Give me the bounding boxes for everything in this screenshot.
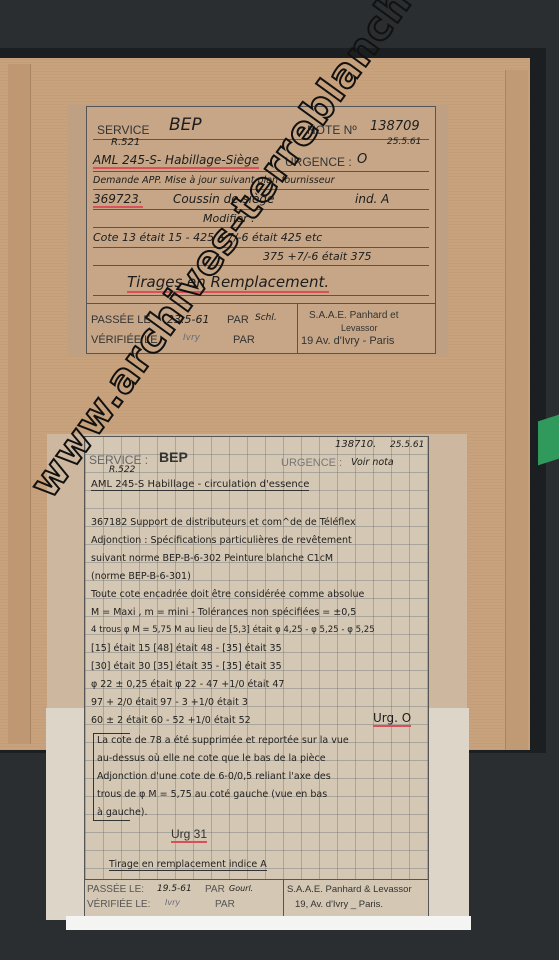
line-text: Adjonction : Spécifications particulière… xyxy=(91,535,352,546)
tirage-text: Tirages en Remplacement. xyxy=(127,273,329,293)
urgency-31-mark: Urg 31 xyxy=(171,827,207,843)
line-text: 60 ± 2 était 60 - 52 +1/0 était 52 xyxy=(91,715,251,726)
line-text: (norme BEP-B-6-301) xyxy=(91,571,191,582)
line-text: [30] était 30 [35] était 35 - [35] était… xyxy=(91,661,282,672)
passee-label-2: PASSÉE LE: xyxy=(87,884,144,895)
page-edge xyxy=(505,70,528,750)
line-text: M = Maxi , m = mini - Tolérances non spé… xyxy=(91,607,356,618)
tirage-row: Tirages en Remplacement. xyxy=(93,267,429,296)
urgence-value: O xyxy=(357,152,367,167)
note-card-1: SERVICE BEP NOTE Nº 138709 R.521 25.5.61… xyxy=(86,106,436,354)
part-code: 369723. xyxy=(93,192,143,208)
nota-line: Adjonction d'une cote de 6-0/0,5 reliant… xyxy=(97,771,331,782)
nota-line: La cote de 78 a été supprimée et reporté… xyxy=(97,735,349,746)
part-name: Coussin de siège xyxy=(173,192,274,206)
line-text: [15] était 15 [48] était 48 - [35] était… xyxy=(91,643,282,654)
footer-divider xyxy=(297,304,298,354)
par2-label: PAR xyxy=(233,334,255,346)
note-card-2: SERVICE : BEP R.522 138710. 25.5.61 URGE… xyxy=(84,436,429,916)
service-ref-2: R.522 xyxy=(109,465,135,475)
white-paper-strip xyxy=(66,916,471,930)
company-line-2: Levassor xyxy=(341,323,378,333)
urgence-label-2: URGENCE : xyxy=(281,457,342,469)
note-number: 138709 xyxy=(370,119,420,134)
part-index: ind. A xyxy=(355,192,389,206)
company-line-1-2: S.A.A.E. Panhard & Levassor xyxy=(287,884,412,895)
passee-date: 23.5-61 xyxy=(167,313,209,326)
par-signature: Schl. xyxy=(255,313,277,323)
line-text: 367182 Support de distributeurs et com^d… xyxy=(91,517,356,528)
nota-line: à gauche). xyxy=(97,807,148,818)
subject-row: AML 245-S- Habillage-Siège URGENCE : O xyxy=(93,151,429,172)
nota-line: trous de φ M = 5,75 au coté gauche (vue … xyxy=(97,789,327,800)
note-date: 25.5.61 xyxy=(387,137,421,147)
service-value-2: BEP xyxy=(159,449,188,465)
note-label: NOTE Nº xyxy=(307,123,357,137)
modify-text: Modifier : xyxy=(203,212,255,225)
urgency-0-mark: Urg. O xyxy=(373,711,411,727)
dimension-row-1: Cote 13 était 15 - 425 +7/-6 était 425 e… xyxy=(93,229,429,248)
line-text: 97 + 2/0 était 97 - 3 +1/0 était 3 xyxy=(91,697,248,708)
note-date-2: 25.5.61 xyxy=(390,440,424,450)
page-gutter xyxy=(8,64,31,744)
footer-divider-2 xyxy=(283,880,284,916)
urgence-value-2: Voir nota xyxy=(351,457,394,468)
nota-line: au-dessus où elle ne cote que le bas de … xyxy=(97,753,326,764)
verifiee-label: VÉRIFIÉE LE xyxy=(91,334,158,346)
line-text: Toute cote encadrée doit être considérée… xyxy=(91,589,364,600)
tirage-text-2: Tirage en remplacement indice A xyxy=(109,859,267,871)
dimension-text-2: 375 +7/-6 était 375 xyxy=(263,250,372,263)
service-row: SERVICE BEP NOTE Nº 138709 xyxy=(93,117,429,140)
passee-label: PASSÉE LE xyxy=(91,314,151,326)
par-label-2: PAR xyxy=(205,884,225,895)
line-text: 4 trous φ M = 5,75 M au lieu de [5,3] ét… xyxy=(91,625,375,635)
verifiee-label-2: VÉRIFIÉE LE: xyxy=(87,899,150,910)
par-signature-2: Gourl. xyxy=(229,884,253,893)
note-number-2: 138710. xyxy=(335,439,376,450)
green-tab xyxy=(538,415,559,466)
passee-date-2: 19.5-61 xyxy=(157,884,192,894)
par2-label-2: PAR xyxy=(215,899,235,910)
line-text: suivant norme BEP-B-6-302 Peinture blanc… xyxy=(91,553,333,564)
par-label: PAR xyxy=(227,314,249,326)
line-text: φ 22 ± 0,25 était φ 22 - 47 +1/0 était 4… xyxy=(91,679,284,690)
note-footer-2: PASSÉE LE: 19.5-61 PAR Gourl. VÉRIFIÉE L… xyxy=(85,879,428,916)
request-text: Demande APP. Mise à jour suivant plan fo… xyxy=(93,175,335,186)
dimension-row-2: 375 +7/-6 était 375 xyxy=(93,249,429,266)
dimension-text-1: Cote 13 était 15 - 425 +7/-6 était 425 e… xyxy=(93,231,322,244)
service-label: SERVICE xyxy=(97,123,149,137)
part-row: 369723. Coussin de siège ind. A xyxy=(93,191,429,210)
urgence-label: URGENCE : xyxy=(285,155,352,169)
note-footer: PASSÉE LE 23.5-61 PAR Schl. VÉRIFIÉE LE … xyxy=(87,303,435,354)
company-line-3: 19 Av. d'Ivry - Paris xyxy=(301,335,394,347)
verifiee-signature: Ivry xyxy=(183,333,200,343)
company-line-1: S.A.A.E. Panhard et xyxy=(309,310,399,321)
subject-text-2: AML 245-S Habillage - circulation d'esse… xyxy=(91,479,309,491)
service-ref: R.521 xyxy=(111,137,140,148)
verifiee-signature-2: Ivry xyxy=(165,898,180,907)
company-line-2-2: 19, Av. d'Ivry _ Paris. xyxy=(295,899,383,910)
service-value: BEP xyxy=(169,115,202,135)
modify-row: Modifier : xyxy=(93,211,429,228)
subject-text: AML 245-S- Habillage-Siège xyxy=(93,153,259,169)
request-row: Demande APP. Mise à jour suivant plan fo… xyxy=(93,173,429,190)
